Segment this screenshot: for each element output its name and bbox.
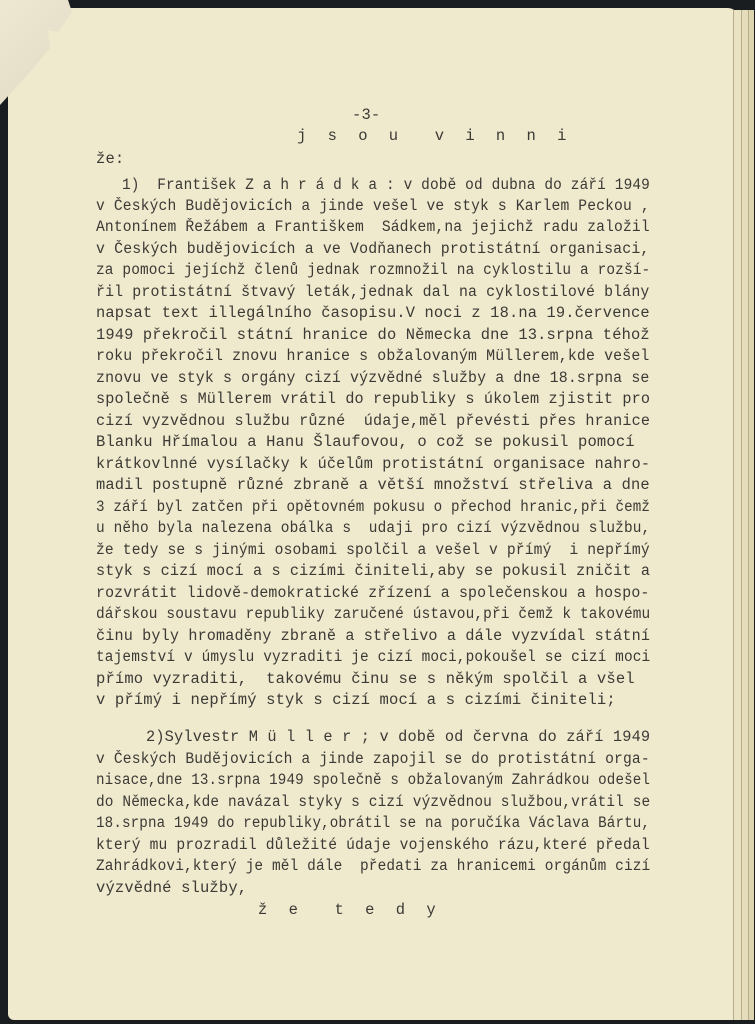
section-2-line: 2)Sylvestr M ü l l e r ; v době od červn… xyxy=(146,728,650,746)
section-1-line: krátkovlnné vysílačky k účelům protistát… xyxy=(96,455,650,473)
section-1-line: v přímý i nepřímý styk s cizí mocí a s c… xyxy=(96,691,616,709)
section-1-line: dářskou soustavu republiky zaručené ústa… xyxy=(96,605,650,623)
section-2-line: 18.srpna 1949 do republiky,obrátil se na… xyxy=(96,814,650,832)
section-2-line: výzvědné služby, xyxy=(96,879,247,897)
section-1-line: řil protistátní štvavý leták,jednak dal … xyxy=(96,283,649,301)
section-1-line: Antonínem Řežábem a Františkem Sádkem,na… xyxy=(96,218,650,236)
section-2-line: nisace,dne 13.srpna 1949 společně s obža… xyxy=(96,771,650,789)
section-2-line: v Českých Budějovicích a jinde zapojil s… xyxy=(96,750,650,768)
section-2-line: do Německa,kde navázal styky s cizí výzv… xyxy=(96,793,650,811)
section-1-line: madil postupně různé zbraně a větší množ… xyxy=(96,476,650,494)
section-1-line: za pomoci jejíchž členů jednak rozmnožil… xyxy=(96,261,650,279)
intro: že: xyxy=(96,150,124,168)
closing-phrase: ž e t e d y xyxy=(258,901,442,919)
section-1-line: společně s Müllerem vrátil do republiky … xyxy=(96,390,650,408)
section-1-line: rozvrátit lidově-demokratické zřízení a … xyxy=(96,584,649,602)
section-1-line: 1) František Z a h r á d k a : v době od… xyxy=(122,176,650,194)
section-1-line: v Českých Budějovicích a jinde vešel ve … xyxy=(96,197,650,215)
section-1-line: 1949 překročil státní hranice do Německa… xyxy=(96,326,650,344)
section-1-line: cizí vyzvědnou službu různé údaje,měl př… xyxy=(96,412,650,430)
section-1-line: napsat text illegálního časopisu.V noci … xyxy=(96,304,650,322)
section-1-line: roku překročil znovu hranice s obžalovan… xyxy=(96,347,649,365)
typewritten-text: -3- j s o u v i n n i že: 1) František Z… xyxy=(0,0,755,1024)
section-1-line: styk s cizí mocí a s cizími činiteli,aby… xyxy=(96,562,650,580)
section-1-line: Blanku Hřímalou a Hanu Šlaufovou, o což … xyxy=(96,433,635,451)
page-number: -3- xyxy=(352,106,380,124)
section-1-line: tajemství v úmyslu vyzraditi je cizí moc… xyxy=(96,648,650,666)
section-2-line: Zahrádkovi,který je měl dále předati za … xyxy=(96,857,650,875)
section-2-line: který mu prozradil důležité údaje vojens… xyxy=(96,836,650,854)
section-1-line: znovu ve styk s orgány cizí výzvědné slu… xyxy=(96,369,649,387)
section-1-line: v Českých budějovicích a ve Vodňanech pr… xyxy=(96,240,649,258)
section-1-line: u něho byla nalezena obálka s udaji pro … xyxy=(96,519,650,537)
heading: j s o u v i n n i xyxy=(297,127,572,145)
section-1-line: přímo vyzraditi, takovému činu se s něký… xyxy=(96,670,635,688)
section-1-line: že tedy se s jinými osobami spolčil a ve… xyxy=(96,541,650,559)
section-1-line: činu byly hromaděny zbraně a střelivo a … xyxy=(96,627,650,645)
section-1-line: 3 září byl zatčen při opětovném pokusu o… xyxy=(96,498,650,516)
